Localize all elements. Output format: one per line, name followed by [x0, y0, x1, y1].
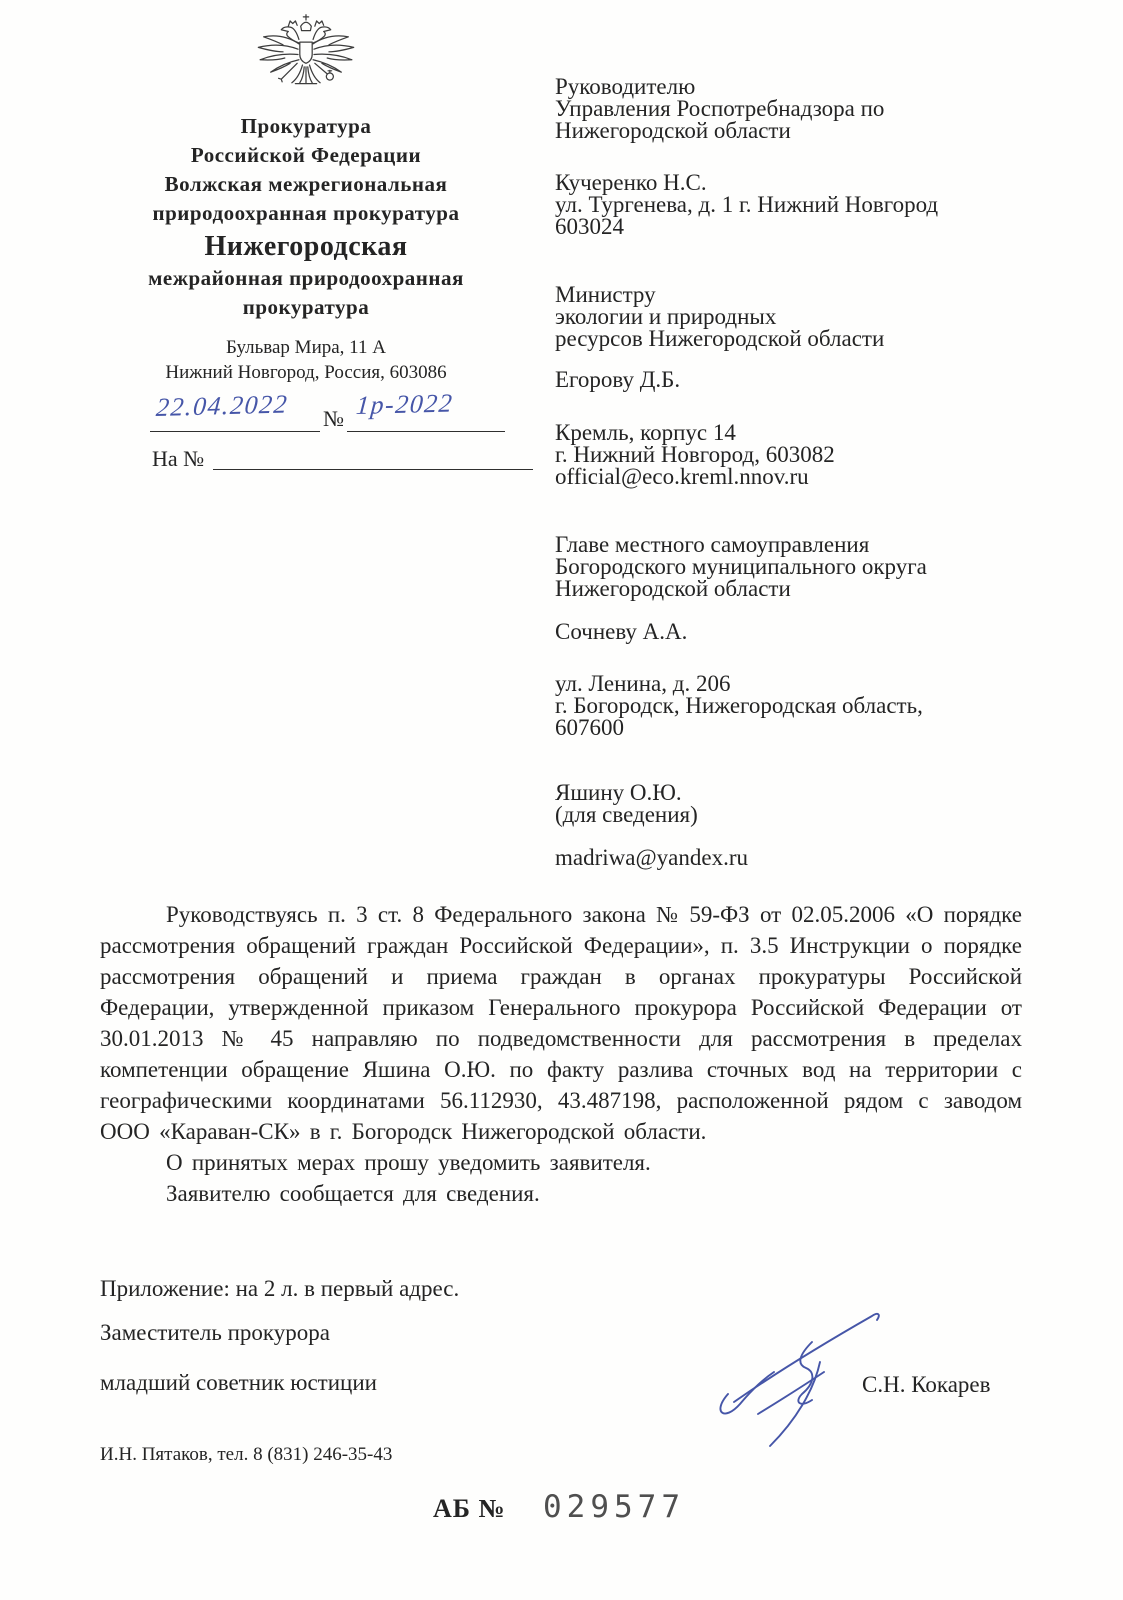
recipient-title-line: ресурсов Нижегородской области: [555, 328, 1033, 350]
signer-position-line-2: младший советник юстиции: [100, 1370, 377, 1396]
signer-position-line-1: Заместитель прокурора: [100, 1320, 330, 1346]
recipient-title-line: Руководителю: [555, 76, 1033, 98]
recipient-email: official@eco.kreml.nnov.ru: [555, 466, 1033, 488]
recipient-address-line: 603024: [555, 216, 1033, 238]
form-number-stamp: 029577: [543, 1489, 685, 1525]
recipient-address-line: 607600: [555, 717, 1033, 739]
org-sub-line-2: прокуратура: [100, 293, 512, 322]
org-sub-line-1: межрайонная природоохранная: [100, 264, 512, 293]
recipient-block: Яшину О.Ю. (для сведения) madriwa@yandex…: [555, 782, 1033, 869]
org-name-line-3: Волжская межрегиональная: [100, 170, 512, 199]
coat-of-arms-eagle-icon: [253, 12, 359, 104]
reply-ref-label: На №: [152, 446, 204, 472]
recipient-note: (для сведения): [555, 804, 1033, 826]
recipient-title-line: Богородского муниципального округа: [555, 556, 1033, 578]
org-name-line-1: Прокуратура: [100, 112, 512, 141]
recipient-person-name: Яшину О.Ю.: [555, 782, 1033, 804]
letterhead-address: Бульвар Мира, 11 А Нижний Новгород, Росс…: [100, 335, 512, 385]
main-paragraph: Руководствуясь п. 3 ст. 8 Федерального з…: [100, 899, 1022, 1147]
number-sign: №: [323, 406, 344, 432]
letterhead-address-line-2: Нижний Новгород, Россия, 603086: [100, 360, 512, 385]
org-name-line-4: природоохранная прокуратура: [100, 199, 512, 228]
date-underline: [150, 402, 320, 432]
recipient-person-name: Сочневу А.А.: [555, 621, 1033, 643]
recipient-title-line: Нижегородской области: [555, 578, 1033, 600]
org-name-line-2: Российской Федерации: [100, 141, 512, 170]
reply-ref-underline: [213, 444, 533, 470]
recipient-title-line: Нижегородской области: [555, 120, 1033, 142]
executor-contact-line: И.Н. Пятаков, тел. 8 (831) 246-35-43: [100, 1444, 392, 1466]
recipient-title-line: экологии и природных: [555, 306, 1033, 328]
recipient-address-line: ул. Тургенева, д. 1 г. Нижний Новгород: [555, 194, 1033, 216]
recipient-address-line: г. Нижний Новгород, 603082: [555, 444, 1033, 466]
signer-name: С.Н. Кокарев: [862, 1372, 991, 1398]
recipient-address-line: Кремль, корпус 14: [555, 422, 1033, 444]
scanned-letter-page: Прокуратура Российской Федерации Волжска…: [0, 0, 1123, 1600]
recipient-person-name: Егорову Д.Б.: [555, 369, 1033, 391]
recipient-address-line: ул. Ленина, д. 206: [555, 673, 1033, 695]
attachment-line: Приложение: на 2 л. в первый адрес.: [100, 1276, 459, 1302]
recipient-title-line: Главе местного самоуправления: [555, 534, 1033, 556]
form-series-label: АБ №: [433, 1494, 506, 1524]
letterhead: Прокуратура Российской Федерации Волжска…: [100, 12, 512, 385]
recipient-address-line: г. Богородск, Нижегородская область,: [555, 695, 1033, 717]
letter-body: Руководствуясь п. 3 ст. 8 Федерального з…: [100, 899, 1022, 1209]
recipient-person-name: Кучеренко Н.С.: [555, 172, 1033, 194]
org-name-emphasis: Нижегородская: [100, 230, 512, 264]
recipients-column: Руководителю Управления Роспотребнадзора…: [555, 76, 1033, 869]
notice-line-1: О принятых мерах прошу уведомить заявите…: [100, 1147, 1022, 1178]
recipient-block: Главе местного самоуправления Богородско…: [555, 534, 1033, 739]
number-underline: [347, 402, 505, 432]
letterhead-address-line-1: Бульвар Мира, 11 А: [100, 335, 512, 360]
recipient-title-line: Министру: [555, 284, 1033, 306]
recipient-title-line: Управления Роспотребнадзора по: [555, 98, 1033, 120]
recipient-block: Руководителю Управления Роспотребнадзора…: [555, 76, 1033, 238]
notice-line-2: Заявителю сообщается для сведения.: [100, 1178, 1022, 1209]
recipient-email: madriwa@yandex.ru: [555, 847, 1033, 869]
recipient-block: Министру экологии и природных ресурсов Н…: [555, 284, 1033, 488]
